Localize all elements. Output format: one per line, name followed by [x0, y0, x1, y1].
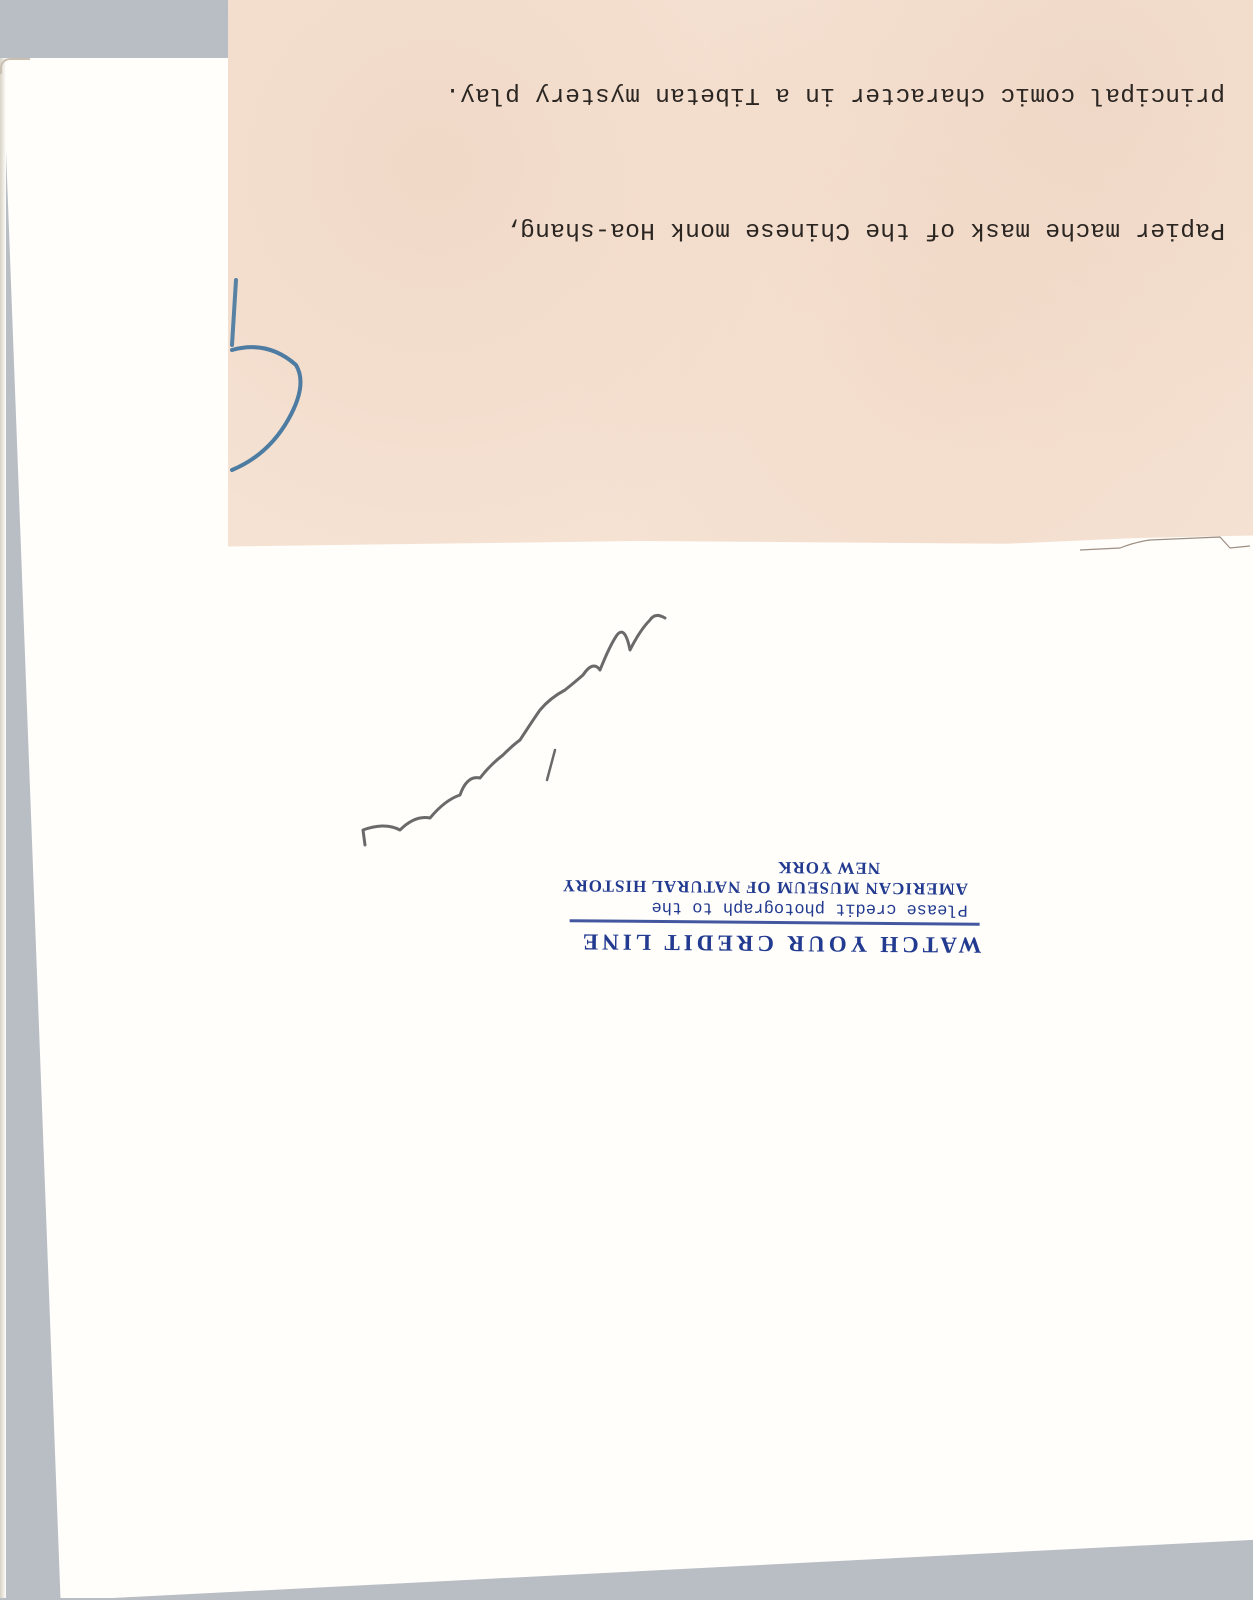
stamp-title: WATCH YOUR CREDIT LINE: [559, 922, 989, 962]
caption-line-2: principal comic character in a Tibetan m…: [415, 72, 1225, 117]
caption-lines: Papier mache mask of the Chinese monk Ho…: [415, 0, 1225, 342]
credit-line-stamp: WATCH YOUR CREDIT LINE Please credit pho…: [559, 798, 990, 962]
caption-clipping: Papier mache mask of the Chinese monk Ho…: [228, 0, 1253, 552]
crayon-number-five-icon: [228, 270, 308, 480]
stamp-line-credit: Please credit photograph to the: [560, 895, 990, 919]
caption-text-rotated: Papier mache mask of the Chinese monk Ho…: [228, 0, 1253, 552]
caption-line-1: Papier mache mask of the Chinese monk Ho…: [415, 207, 1225, 252]
backing-paper-edge: [0, 58, 6, 1598]
clipping-tear-icon: [1080, 534, 1250, 554]
backing-paper-corner: [0, 58, 30, 74]
stamp-line-museum: AMERICAN MUSEUM OF NATURAL HISTORY: [560, 875, 990, 899]
